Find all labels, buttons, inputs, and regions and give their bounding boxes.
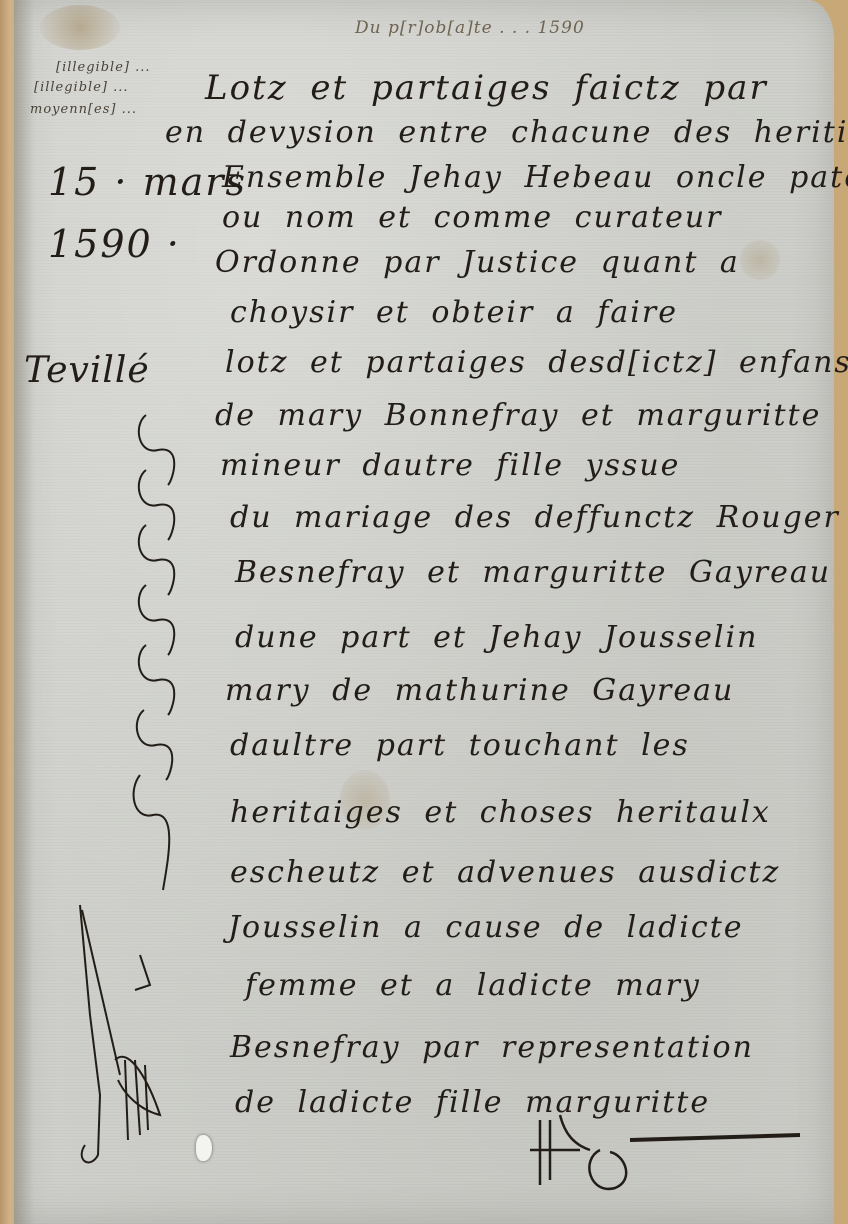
manuscript-line-19: Besnefray par representation bbox=[230, 1030, 754, 1065]
loop-flourish-icon bbox=[139, 525, 174, 595]
margin-note-3: moyenn[es] ... bbox=[30, 102, 137, 117]
margin-date-year: 1590 · bbox=[48, 222, 181, 266]
loop-flourish-icon bbox=[139, 645, 174, 715]
manuscript-line-8: de mary Bonnefray et marguritte bbox=[215, 398, 821, 433]
manuscript-line-3: Ensemble Jehay Hebeau oncle paternel bbox=[222, 160, 848, 195]
manuscript-line-17: Jousselin a cause de ladicte bbox=[228, 910, 744, 945]
loop-flourish-icon bbox=[139, 585, 174, 655]
manuscript-line-10: du mariage des deffunctz Rouger bbox=[230, 500, 840, 535]
sheet-left-edge bbox=[14, 0, 34, 1224]
manuscript-line-5: Ordonne par Justice quant a bbox=[215, 245, 740, 280]
loop-flourish-icon bbox=[139, 470, 174, 540]
stain-top-left bbox=[40, 5, 120, 50]
manuscript-line-18: femme et a ladicte mary bbox=[245, 968, 701, 1003]
loop-flourish-icon bbox=[134, 775, 170, 890]
manuscript-line-9: mineur dautre fille yssue bbox=[220, 448, 680, 483]
paper-tear-hole bbox=[196, 1135, 212, 1161]
manuscript-line-15: heritaiges et choses heritaulx bbox=[230, 795, 771, 830]
manuscript-line-2: en devysion entre chacune des heritiers bbox=[165, 115, 848, 150]
left-margin-paraph-icon bbox=[70, 895, 180, 1175]
loop-flourish-icon bbox=[139, 415, 174, 485]
margin-note-1: [illegible] ... bbox=[56, 60, 151, 75]
manuscript-line-11: Besnefray et marguritte Gayreau bbox=[235, 555, 831, 590]
stain-right bbox=[740, 240, 780, 280]
manuscript-line-7: lotz et partaiges desd[ictz] enfans bbox=[225, 345, 848, 380]
margin-date-day-month: 15 · mars bbox=[48, 160, 247, 204]
manuscript-line-4: ou nom et comme curateur bbox=[222, 200, 723, 235]
manuscript-line-1: Lotz et partaiges faictz par bbox=[205, 68, 768, 108]
manuscript-line-14: daultre part touchant les bbox=[230, 728, 690, 763]
header-note: Du p[r]ob[a]te . . . 1590 bbox=[355, 18, 585, 38]
margin-place-name: Tevillé bbox=[24, 350, 150, 391]
photograph-stage: Du p[r]ob[a]te . . . 1590 [illegible] ..… bbox=[0, 0, 848, 1224]
bottom-center-paraph-icon bbox=[520, 1110, 820, 1200]
manuscript-line-16: escheutz et advenues ausdictz bbox=[230, 855, 780, 890]
margin-note-2: [illegible] ... bbox=[34, 80, 129, 95]
loop-flourish-icon bbox=[137, 710, 172, 780]
manuscript-line-12: dune part et Jehay Jousselin bbox=[235, 620, 758, 655]
manuscript-line-6: choysir et obteir a faire bbox=[230, 295, 678, 330]
manuscript-line-13: mary de mathurine Gayreau bbox=[225, 673, 734, 708]
margin-flourish-column bbox=[128, 410, 198, 910]
